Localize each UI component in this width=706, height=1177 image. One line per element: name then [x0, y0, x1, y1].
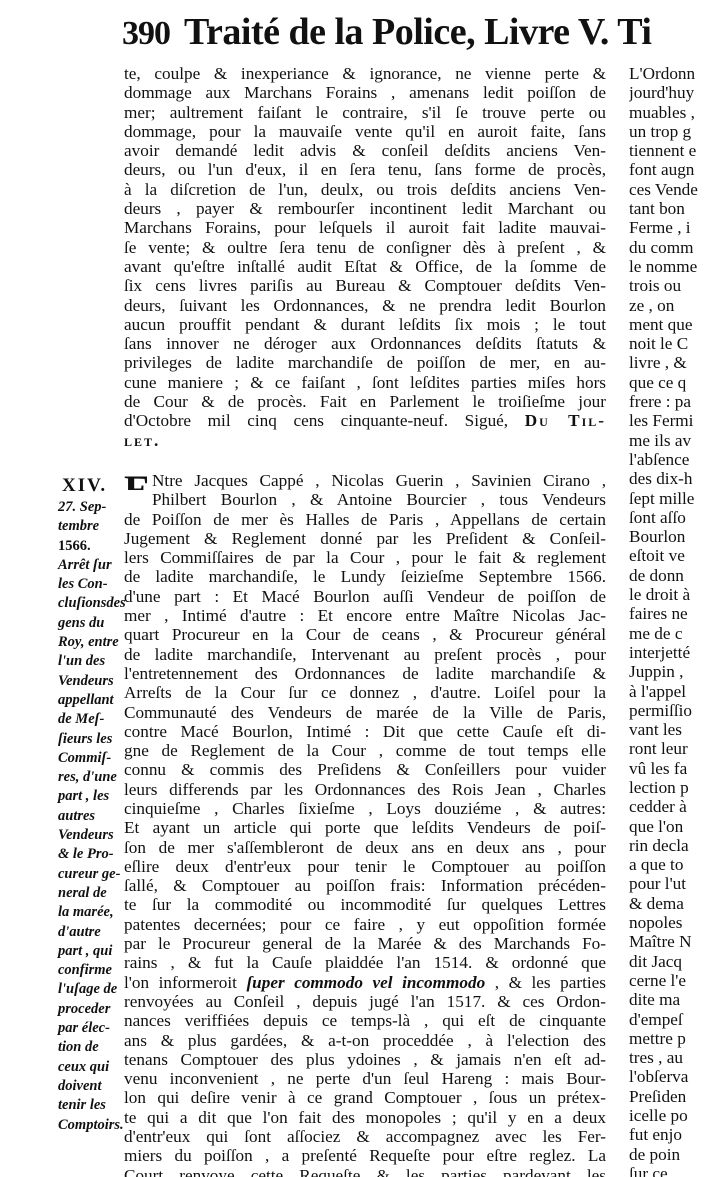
text-line: mer , Intimé d'autre : Et encore entre M… — [124, 606, 606, 625]
page-number: 390 — [122, 15, 170, 52]
text-line: aucun prouffit pendant & durant leſdits … — [124, 315, 606, 334]
latin-phrase: ſuper commodo vel incommodo — [246, 973, 485, 992]
text-line: trois ou — [629, 276, 706, 295]
text-line: deurs , payer & rembourſer incontinent l… — [124, 199, 606, 218]
text-line: à la diſcretion de l'un, deulx, ou trois… — [124, 180, 606, 199]
text-line: ment que — [629, 315, 706, 334]
text-line: tant bon — [629, 199, 706, 218]
text-line: quart Procureur en la Cour de ceans , & … — [124, 625, 606, 644]
text-line: icelle po — [629, 1106, 706, 1125]
text-line: Arreſts de la Cour ſur ce donnez , d'aut… — [124, 683, 606, 702]
text-line: me de c — [629, 624, 706, 643]
text-line: vant les — [629, 720, 706, 739]
text-line: faires ne — [629, 604, 706, 623]
text-line: ſept mille — [629, 489, 706, 508]
margin-note-line: proceder — [58, 1000, 128, 1019]
text-line: l'entretennement des Ordonnances de ladi… — [124, 664, 606, 683]
text-line: les Fermi — [629, 411, 706, 430]
margin-note-line: Vendeurs — [58, 672, 128, 691]
text-line: L'Ordonn — [629, 64, 706, 83]
margin-note-line: l'un des — [58, 652, 128, 671]
text-line: à l'appel — [629, 682, 706, 701]
text-line: que l'on — [629, 817, 706, 836]
text-line: permiſſio — [629, 701, 706, 720]
signature: Du Til- — [525, 411, 606, 430]
text-line: ſe vente; & oultre ſera tenu de conſigne… — [124, 238, 606, 257]
margin-note-line: tembre — [58, 517, 128, 536]
margin-note-line: & le Pro- — [58, 845, 128, 864]
text-line: a que to — [629, 855, 706, 874]
margin-note-line: ſieurs les — [58, 730, 128, 749]
margin-note-line: Comptoirs. — [58, 1116, 128, 1135]
margin-note: XIV. 27. Sep-tembre1566.Arrêt ſurles Con… — [58, 474, 128, 1135]
text-line: noit le C — [629, 334, 706, 353]
text-line: eſtoit ve — [629, 546, 706, 565]
text-line: miers du poiſſon , a preſenté Requeſte p… — [124, 1146, 606, 1165]
text-line: l'on informeroit ſuper commodo vel incom… — [124, 973, 606, 992]
text-line: nances veriffiées depuis ce temps-là , q… — [124, 1011, 606, 1030]
margin-note-line: neral de — [58, 884, 128, 903]
text-line: Jugement & Reglement donné par les Preſi… — [124, 529, 606, 548]
text-line: Communauté des Vendeurs de marée de la V… — [124, 703, 606, 722]
text-line: Juppin , — [629, 662, 706, 681]
margin-note-line: de Meſ- — [58, 710, 128, 729]
text-line: dit Jacq — [629, 952, 706, 971]
text-line: rains , & fut la Cauſe plaiddée l'an 151… — [124, 953, 606, 972]
text-line: de ladite marchandiſe, le Lundy ſeizieſm… — [124, 567, 606, 586]
margin-note-line: tion de — [58, 1038, 128, 1057]
text-line: lers Commiſſaires de par la Cour , pour … — [124, 548, 606, 567]
text-line: dite ma — [629, 990, 706, 1009]
text-line: contre Macé Bourlon, Intimé : Dit que ce… — [124, 722, 606, 741]
text-line: ſans innover ne déroger aux Ordonnances … — [124, 334, 606, 353]
margin-note-line: l'uſage de — [58, 980, 128, 999]
text-line: dommage, pour la mauvaiſe vente qu'il en… — [124, 122, 606, 141]
text-line: privileges de ladite marchandiſe de poiſ… — [124, 353, 606, 372]
text-line: un trop g — [629, 122, 706, 141]
text-line: le nomme — [629, 257, 706, 276]
text-line: ans & plus gardées, & a-t-on proceddée ,… — [124, 1031, 606, 1050]
text-line: Preſiden — [629, 1087, 706, 1106]
text-line: par le Procureur general de la Marée & d… — [124, 934, 606, 953]
text-line: te ſur la commodité ou incommodité ſur q… — [124, 895, 606, 914]
signature-line: let. — [124, 431, 606, 450]
text-line: cinquieſme , Charles ſixieſme , Loys dou… — [124, 799, 606, 818]
margin-note-line: Commiſ- — [58, 749, 128, 768]
text-line: le droit à — [629, 585, 706, 604]
text-line: gne de Reglement de la Cour , comme de t… — [124, 741, 606, 760]
text-line: connu & commis des Preſidens & Conſeille… — [124, 760, 606, 779]
margin-note-line: la marée, — [58, 903, 128, 922]
margin-note-line: par élec- — [58, 1019, 128, 1038]
text-line: deurs, ou l'un d'eux, il en ſera tenu, ſ… — [124, 160, 606, 179]
margin-note-line: doivent — [58, 1077, 128, 1096]
text-line: de donn — [629, 566, 706, 585]
text-line: jourd'huy — [629, 83, 706, 102]
text-line: interjetté — [629, 643, 706, 662]
margin-note-line: d'autre — [58, 923, 128, 942]
text-line: cerne l'e — [629, 971, 706, 990]
text-line: de Poiſſon de mer ès Halles de Paris , A… — [124, 510, 606, 529]
margin-note-line: confirme — [58, 961, 128, 980]
margin-note-line: cluſionsdes — [58, 594, 128, 613]
text-line: tres , au — [629, 1048, 706, 1067]
margin-note-line: ceux qui — [58, 1058, 128, 1077]
text-line: mettre p — [629, 1029, 706, 1048]
text-line: Court renvoye cette Requeſte & les parti… — [124, 1166, 606, 1177]
right-column-cropped: L'Ordonnjourd'huymuables ,un trop gtienn… — [629, 64, 706, 1177]
text-line: ces Vende — [629, 180, 706, 199]
text-line: avant qu'eſtre inſtallé audit Eſtat & Of… — [124, 257, 606, 276]
text-line: livre , & — [629, 353, 706, 372]
margin-note-line: part , les — [58, 787, 128, 806]
margin-note-line: Arrêt ſur — [58, 556, 128, 575]
text-line: eſlire deux d'entr'eux pour tenir le Com… — [124, 857, 606, 876]
text-line: ze , on — [629, 296, 706, 315]
text-line: dommage aux Marchans Forains , amenans l… — [124, 83, 606, 102]
text-line: ſix cens livres pariſis au Bureau & Comp… — [124, 276, 606, 295]
running-title: Traité de la Police, Livre V. Ti — [184, 11, 651, 53]
text-line: Marchans Forains, pour leſquels il auroi… — [124, 218, 606, 237]
text-line: l'abſence — [629, 450, 706, 469]
text-line: Et ayant un article qui porte que leſdit… — [124, 818, 606, 837]
margin-note-line: cureur ge- — [58, 865, 128, 884]
text-line: renvoyées au Conſeil , depuis jugé l'an … — [124, 992, 606, 1011]
margin-note-line: 27. Sep- — [58, 498, 128, 517]
text-line: des dix-h — [629, 469, 706, 488]
text-line: d'empeſ — [629, 1010, 706, 1029]
drop-cap: E — [124, 471, 151, 490]
text-line: de ladite marchandiſe, Intervenant au pr… — [124, 645, 606, 664]
text-line: ront leur — [629, 739, 706, 758]
text-line: du comm — [629, 238, 706, 257]
text-line: te qui a dit que l'on fait des monopoles… — [124, 1108, 606, 1127]
text-line: patentes decernées; pour ce faire , y eu… — [124, 915, 606, 934]
text-line: venu inconvenient , ne perte d'un ſeul H… — [124, 1069, 606, 1088]
signature: let. — [124, 431, 160, 450]
text-line: muables , — [629, 103, 706, 122]
text-line: te, coulpe & inexperiance & ignorance, n… — [124, 64, 606, 83]
margin-note-line: tenir les — [58, 1096, 128, 1115]
text-line: d'une part : Et Macé Bourlon auſſi Vende… — [124, 587, 606, 606]
text-line: vû les fa — [629, 759, 706, 778]
text-line: l'obſerva — [629, 1067, 706, 1086]
margin-note-line: autres — [58, 807, 128, 826]
text-line: rin decla — [629, 836, 706, 855]
margin-note-line: gens du — [58, 614, 128, 633]
text-line: Philbert Bourlon , & Antoine Bourcier , … — [124, 490, 606, 509]
margin-note-line: part , qui — [58, 942, 128, 961]
text-line: tenans Comptouer des plus ydoines , & ja… — [124, 1050, 606, 1069]
text-line: ſon de mer s'aſſembleront de deux ans en… — [124, 838, 606, 857]
text-line: fut enjo — [629, 1125, 706, 1144]
text-line: tiennent e — [629, 141, 706, 160]
margin-note-line: les Con- — [58, 575, 128, 594]
text-line: lection p — [629, 778, 706, 797]
text-line: ſallé, & Comptouer au poiſſon frais: Inf… — [124, 876, 606, 895]
text-line: pour l'ut — [629, 874, 706, 893]
text-line: cedder à — [629, 797, 706, 816]
paragraph-decree-end: te, coulpe & inexperiance & ignorance, n… — [124, 64, 606, 431]
text-line: me ils av — [629, 431, 706, 450]
text-line: Ferme , i — [629, 218, 706, 237]
margin-note-number: XIV. — [58, 474, 128, 498]
margin-note-line: 1566. — [58, 537, 128, 556]
text-line: deurs, ſuivant les Ordonnances, & ne pre… — [124, 296, 606, 315]
text-line: & dema — [629, 894, 706, 913]
text-line: avoir demandé ledit advis & conſeil deſd… — [124, 141, 606, 160]
text-line: d'entr'eux qui ſont aſſociez & accompagn… — [124, 1127, 606, 1146]
margin-note-line: Roy, entre — [58, 633, 128, 652]
text-line: ſur ce — [629, 1164, 706, 1177]
margin-note-line: Vendeurs — [58, 826, 128, 845]
paragraph-arret-1566: ENtre Jacques Cappé , Nicolas Guerin , S… — [124, 471, 606, 1177]
text-line: mer; aultrement faiſant le contraire, s'… — [124, 103, 606, 122]
margin-note-line: res, d'une — [58, 768, 128, 787]
text-line: Bourlon — [629, 527, 706, 546]
text-line: frere : pa — [629, 392, 706, 411]
text-line: d'Octobre mil cinq cens cinquante-neuf. … — [124, 411, 606, 430]
text-line: lon qui deſire venir à ce grand Comptoue… — [124, 1088, 606, 1107]
margin-note-line: appellant — [58, 691, 128, 710]
text-line: ſont aſſo — [629, 508, 706, 527]
text-line: nopoles — [629, 913, 706, 932]
text-line: font augn — [629, 160, 706, 179]
text-line: Maître N — [629, 932, 706, 951]
text-line: que ce q — [629, 373, 706, 392]
text-line: ENtre Jacques Cappé , Nicolas Guerin , S… — [124, 471, 606, 490]
text-line: cune maniere ; & ce faiſant , ſont leſdi… — [124, 373, 606, 392]
main-column: te, coulpe & inexperiance & ignorance, n… — [124, 64, 606, 1177]
text-line: leurs differends par les Ordonnances des… — [124, 780, 606, 799]
text-line: de poin — [629, 1145, 706, 1164]
text-line: de Cour & de procès. Fait en Parlement l… — [124, 392, 606, 411]
page-header: 390Traité de la Police, Livre V. Ti — [122, 10, 651, 58]
